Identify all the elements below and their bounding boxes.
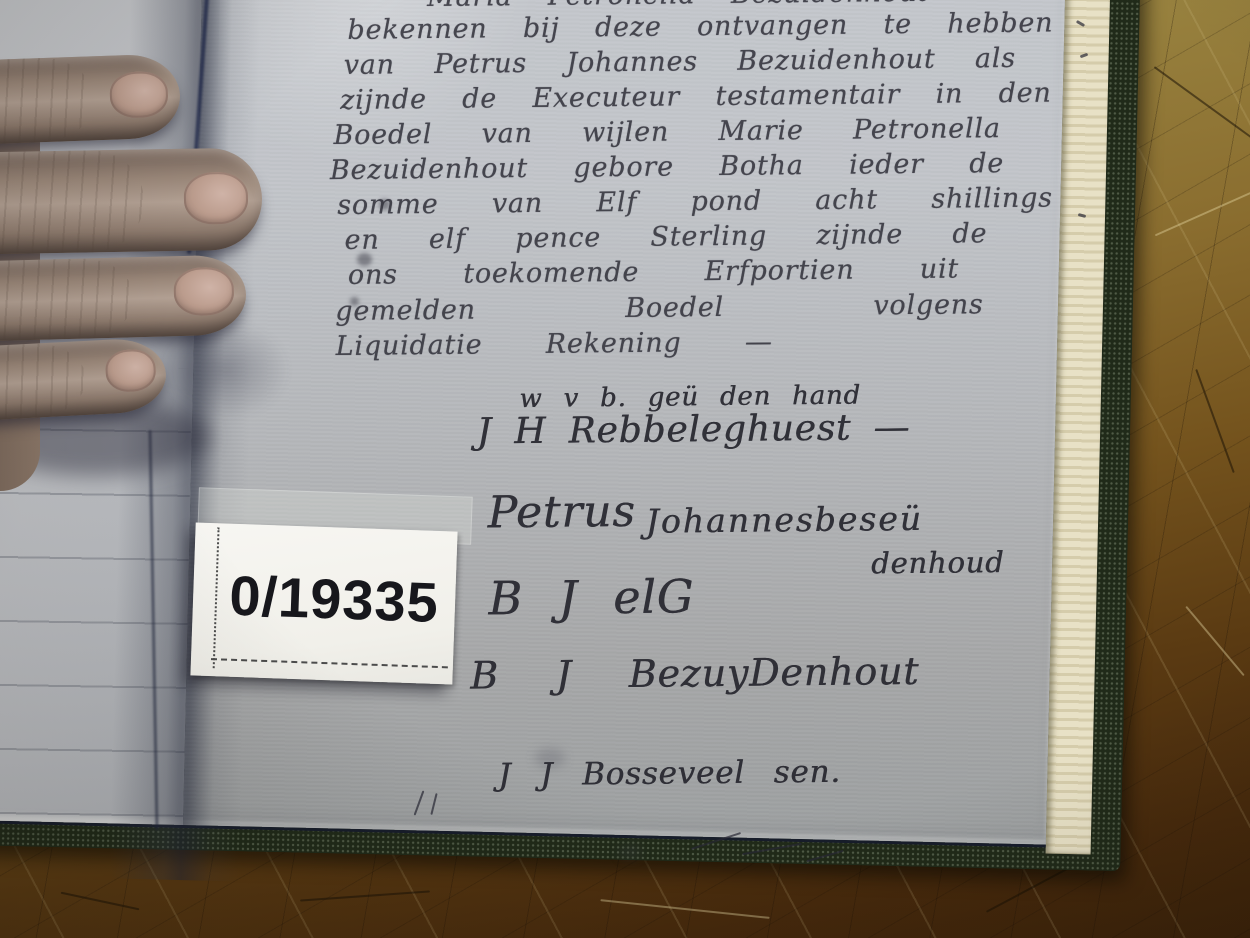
handwriting-line: en elf pence Sterling zijnde de [344, 218, 987, 256]
archive-label: 0/19335 [190, 522, 457, 684]
finger-wrinkles [0, 149, 144, 254]
handwriting-line: zijnde de Executeur testamentair in den [340, 78, 1052, 116]
handwriting-line: somme van Elf pond acht shillings [337, 183, 1053, 221]
signature: J J Bosseveel sen. [498, 754, 841, 794]
handwriting-line: Bezuidenhout gebore Botha ieder de [330, 148, 1005, 186]
handwriting-line: bekennen bij deze ontvangen te hebben [347, 7, 1053, 45]
signature: J H Rebbeleghuest — [476, 407, 910, 453]
finger [0, 254, 247, 341]
fingernail [105, 348, 157, 393]
fingernail [184, 172, 249, 225]
handwriting-line: ons toekomende Erfportien uit [348, 253, 959, 290]
signature: Petrus [487, 486, 636, 539]
handwriting-line: Boedel van wijlen Marie Petronella [333, 113, 1001, 151]
signature: Johannesbeseü [645, 499, 923, 541]
archival-photo-scene: Maria Petronella Bezuidenhout bekennen b… [0, 0, 1250, 938]
fingernail [173, 267, 234, 317]
handwriting-line: van Petrus Johannes Bezuidenhout als [344, 43, 1016, 81]
finger-wrinkles [0, 341, 88, 421]
fingernail [109, 71, 169, 119]
finger-wrinkles [0, 257, 135, 341]
finger-wrinkles [0, 56, 96, 144]
handwriting-line: Liquidatie Rekening — [336, 326, 773, 362]
signature: B J elG [488, 569, 694, 625]
finger [0, 147, 263, 254]
handwritten-text-block: Maria Petronella Bezuidenhout bekennen b… [0, 0, 1250, 938]
signature: denhoud [871, 545, 1005, 580]
finger [0, 53, 181, 144]
handwriting-line: gemelden Boedel volgens [335, 289, 984, 327]
signature: B J BezuyDenhout [470, 649, 919, 698]
archive-reference-number: 0/19335 [190, 522, 457, 684]
